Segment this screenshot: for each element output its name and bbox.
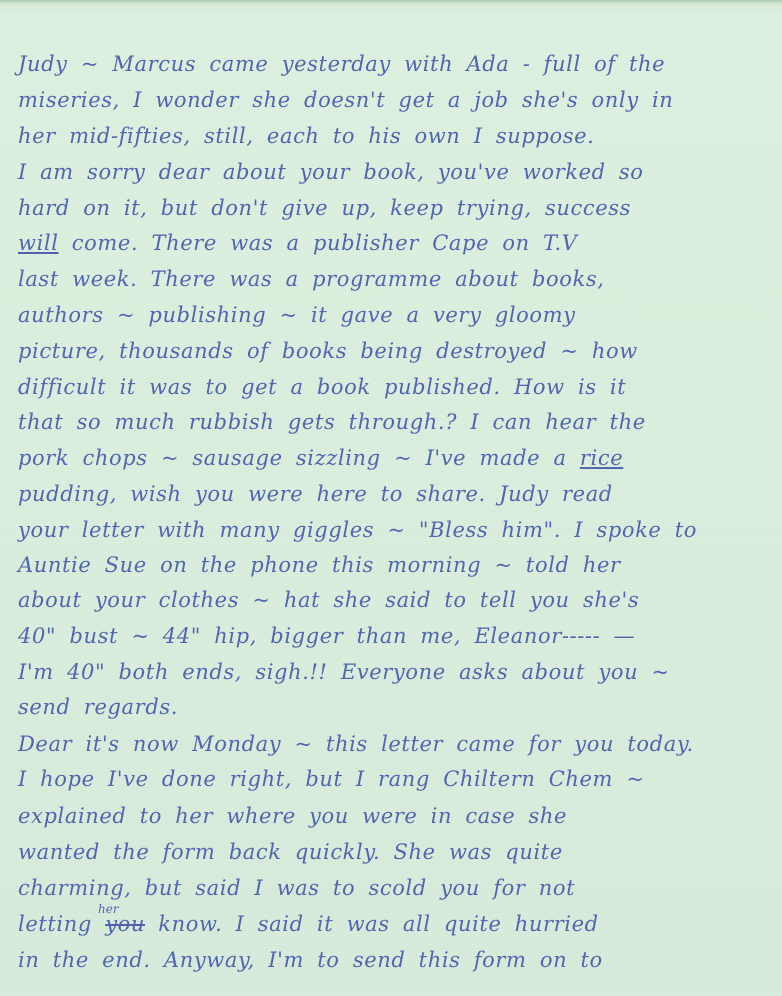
letter-line-26: in the end. Anyway, I'm to send this for… bbox=[18, 948, 603, 972]
letter-line-21: I hope I've done right, but I rang Chilt… bbox=[18, 767, 645, 791]
letter-line-18: I'm 40" both ends, sigh.!! Everyone asks… bbox=[18, 660, 670, 684]
letter-line-1: Judy ~ Marcus came yesterday with Ada - … bbox=[18, 52, 665, 76]
letter-line-10: difficult it was to get a book published… bbox=[18, 375, 626, 399]
letter-line-14: your letter with many giggles ~ "Bless h… bbox=[18, 518, 697, 542]
letter-line-25: letting you know. I said it was all quit… bbox=[18, 912, 599, 936]
letter-line-15: Auntie Sue on the phone this morning ~ t… bbox=[18, 553, 621, 577]
letter-line-2: miseries, I wonder she doesn't get a job… bbox=[18, 88, 673, 112]
letter-line-25-rest: know. I said it was all quite hurried bbox=[145, 912, 599, 936]
letter-line-23: wanted the form back quickly. She was qu… bbox=[18, 840, 563, 864]
letter-line-7: last week. There was a programme about b… bbox=[18, 267, 604, 291]
letter-line-3: her mid-fifties, still, each to his own … bbox=[18, 124, 594, 148]
letter-line-11: that so much rubbish gets through.? I ca… bbox=[18, 410, 646, 434]
struck-word-you: you bbox=[105, 912, 145, 936]
letter-line-4: I am sorry dear about your book, you've … bbox=[18, 160, 644, 184]
letter-line-20: Dear it's now Monday ~ this letter came … bbox=[18, 732, 694, 756]
letter-page: Judy ~ Marcus came yesterday with Ada - … bbox=[0, 0, 782, 996]
underlined-word-rice: rice bbox=[580, 446, 623, 470]
letter-line-13: pudding, wish you were here to share. Ju… bbox=[18, 482, 613, 506]
letter-line-6: will come. There was a publisher Cape on… bbox=[18, 231, 578, 255]
letter-line-17: 40" bust ~ 44" hip, bigger than me, Elea… bbox=[18, 624, 635, 648]
underlined-word-will: will bbox=[18, 231, 59, 255]
letter-line-8: authors ~ publishing ~ it gave a very gl… bbox=[18, 303, 576, 327]
letter-line-6-rest: come. There was a publisher Cape on T.V bbox=[59, 231, 578, 255]
letter-line-16: about your clothes ~ hat she said to tel… bbox=[18, 588, 639, 612]
letter-line-12-start: pork chops ~ sausage sizzling ~ I've mad… bbox=[18, 446, 580, 470]
letter-line-25-start: letting bbox=[18, 912, 105, 936]
letter-line-9: picture, thousands of books being destro… bbox=[18, 339, 638, 363]
letter-line-5: hard on it, but don't give up, keep tryi… bbox=[18, 196, 631, 220]
letter-line-24: charming, but said I was to scold you fo… bbox=[18, 876, 575, 900]
letter-line-19: send regards. bbox=[18, 695, 178, 719]
letter-line-22: explained to her where you were in case … bbox=[18, 804, 567, 828]
letter-line-12: pork chops ~ sausage sizzling ~ I've mad… bbox=[18, 446, 623, 470]
